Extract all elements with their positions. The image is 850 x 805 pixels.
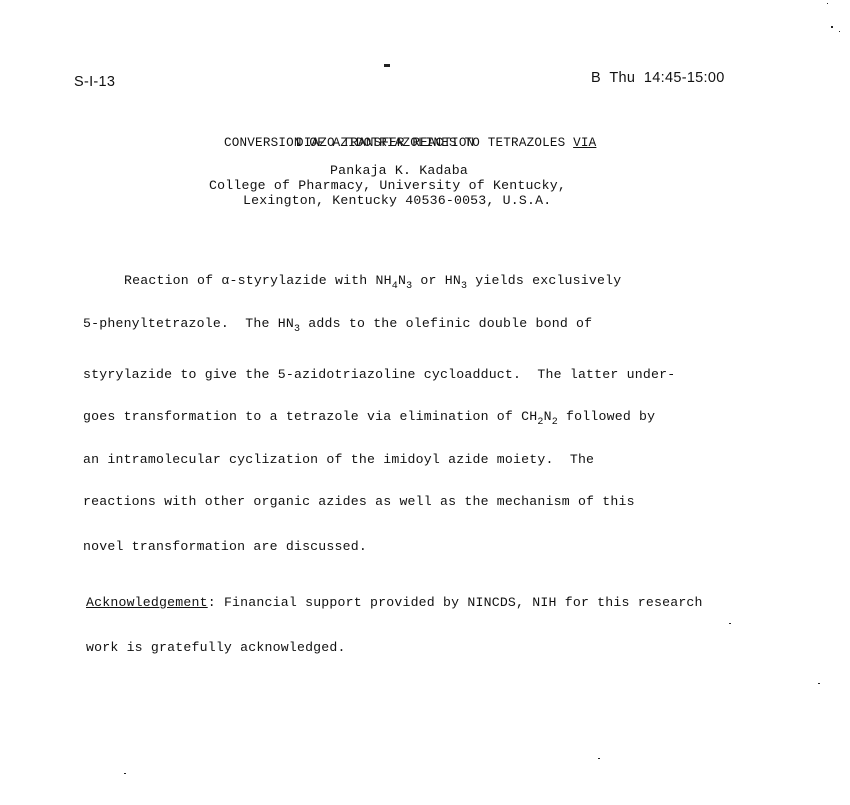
acknowledgement-label: Acknowledgement [86,595,208,610]
scan-speck [729,623,731,624]
abstract-line-4: goes transformation to a tetrazole via e… [83,409,655,424]
scan-speck [839,31,840,32]
abstract-line-1: Reaction of α-styrylazide with NH4N3 or … [124,273,621,288]
scan-speck [124,773,126,774]
scan-speck [598,758,600,759]
abstract-line-6: reactions with other organic azides as w… [83,494,635,509]
abstract-line-3: styrylazide to give the 5-azidotriazolin… [83,367,675,382]
scan-speck [827,3,828,4]
title-via: VIA [573,136,596,150]
scan-speck [384,64,390,67]
paper-title-line2: DIAZO TRANSFER REACTION [296,136,474,150]
scan-speck [831,26,833,28]
session-slot: B Thu 14:45-15:00 [591,70,725,86]
acknowledgement-line-1: Acknowledgement: Financial support provi… [86,595,703,610]
abstract-line-7: novel transformation are discussed. [83,539,367,554]
acknowledgement-line-2: work is gratefully acknowledged. [86,640,346,655]
author-affiliation-1: College of Pharmacy, University of Kentu… [209,178,566,193]
author-name: Pankaja K. Kadaba [330,163,468,178]
scan-speck [818,683,820,684]
session-code: S-I-13 [74,74,115,90]
abstract-line-2: 5-phenyltetrazole. The HN3 adds to the o… [83,316,592,331]
abstract-line-5: an intramolecular cyclization of the imi… [83,452,594,467]
author-affiliation-2: Lexington, Kentucky 40536-0053, U.S.A. [243,193,551,208]
